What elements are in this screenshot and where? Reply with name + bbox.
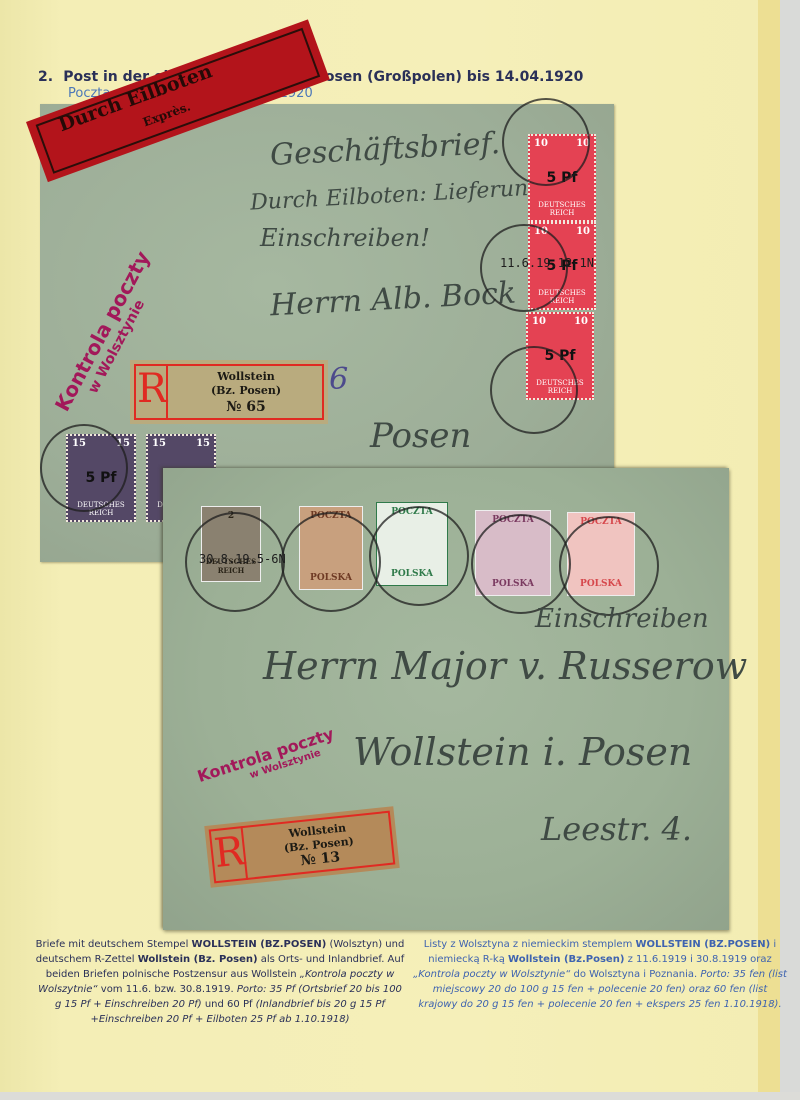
- handwriting-line: Einschreiben!: [260, 224, 430, 252]
- registration-number: № 65: [170, 400, 322, 414]
- registration-r: R: [212, 828, 247, 877]
- addressee-name: Herrn Alb. Bock: [269, 276, 517, 324]
- handwriting-line: Geschäftsbrief.: [269, 126, 501, 173]
- addressee-city: Wollstein i. Posen: [353, 730, 692, 774]
- registration-district: (Bz. Posen): [170, 384, 322, 398]
- postmark: [281, 512, 381, 612]
- caption-polish: Listy z Wolsztyna z niemieckim stemplem …: [412, 937, 788, 1012]
- postmark: [471, 514, 571, 614]
- postmark: [490, 346, 578, 434]
- caption-run: do Wolsztyna i Poznania.: [570, 969, 700, 980]
- caption-run: Wollstein (Bz.Posen): [508, 954, 624, 965]
- caption-run: WOLLSTEIN (BZ.POSEN): [636, 939, 771, 950]
- scan-border-bottom: [0, 1092, 800, 1100]
- registration-office: Wollstein: [170, 370, 322, 384]
- handwriting-line: Einschreiben: [535, 604, 709, 634]
- envelope-registered: 2 DEUTSCHES REICH POCZTA POLSKA POCZTA P…: [163, 468, 729, 930]
- page-edge: [758, 0, 780, 1092]
- postmark: [369, 506, 469, 606]
- postmark-date: 11.6.19.12-1N: [500, 256, 594, 270]
- addressee-city: Posen: [370, 416, 471, 456]
- addressee-name: Herrn Major v. Russerow: [263, 644, 747, 688]
- caption-run: Listy z Wolsztyna z niemieckim stemplem: [424, 939, 636, 950]
- caption-run: Wollstein (Bz. Posen): [138, 954, 258, 965]
- caption-german: Briefe mit deutschem Stempel WOLLSTEIN (…: [34, 937, 406, 1027]
- postmark: [559, 516, 659, 616]
- addressee-street: Leestr. 4.: [541, 810, 692, 848]
- registration-r: R: [137, 366, 167, 412]
- postmark: [40, 424, 128, 512]
- caption-run: z 11.6.1919 i 30.8.1919 oraz: [624, 954, 771, 965]
- caption-run: WOLLSTEIN (BZ.POSEN): [192, 939, 327, 950]
- caption-run: und 60 Pf: [202, 999, 256, 1010]
- censor-mark: Kontrola poczty w Wolsztynie: [195, 724, 340, 796]
- caption-run: vom 11.6. bzw. 30.8.1919.: [98, 984, 237, 995]
- postmark: [502, 98, 590, 186]
- section-number: 2.: [38, 69, 53, 85]
- scan-border-right: [780, 0, 800, 1100]
- registration-label: R Wollstein (Bz. Posen) № 65: [130, 360, 328, 424]
- postmark-date: 30.8.19.5-6N: [199, 552, 286, 566]
- registration-label: R Wollstein (Bz. Posen) № 13: [204, 806, 399, 888]
- caption-run: „Kontrola poczty w Wolsztynie“: [413, 969, 570, 980]
- caption-run: Briefe mit deutschem Stempel: [36, 939, 192, 950]
